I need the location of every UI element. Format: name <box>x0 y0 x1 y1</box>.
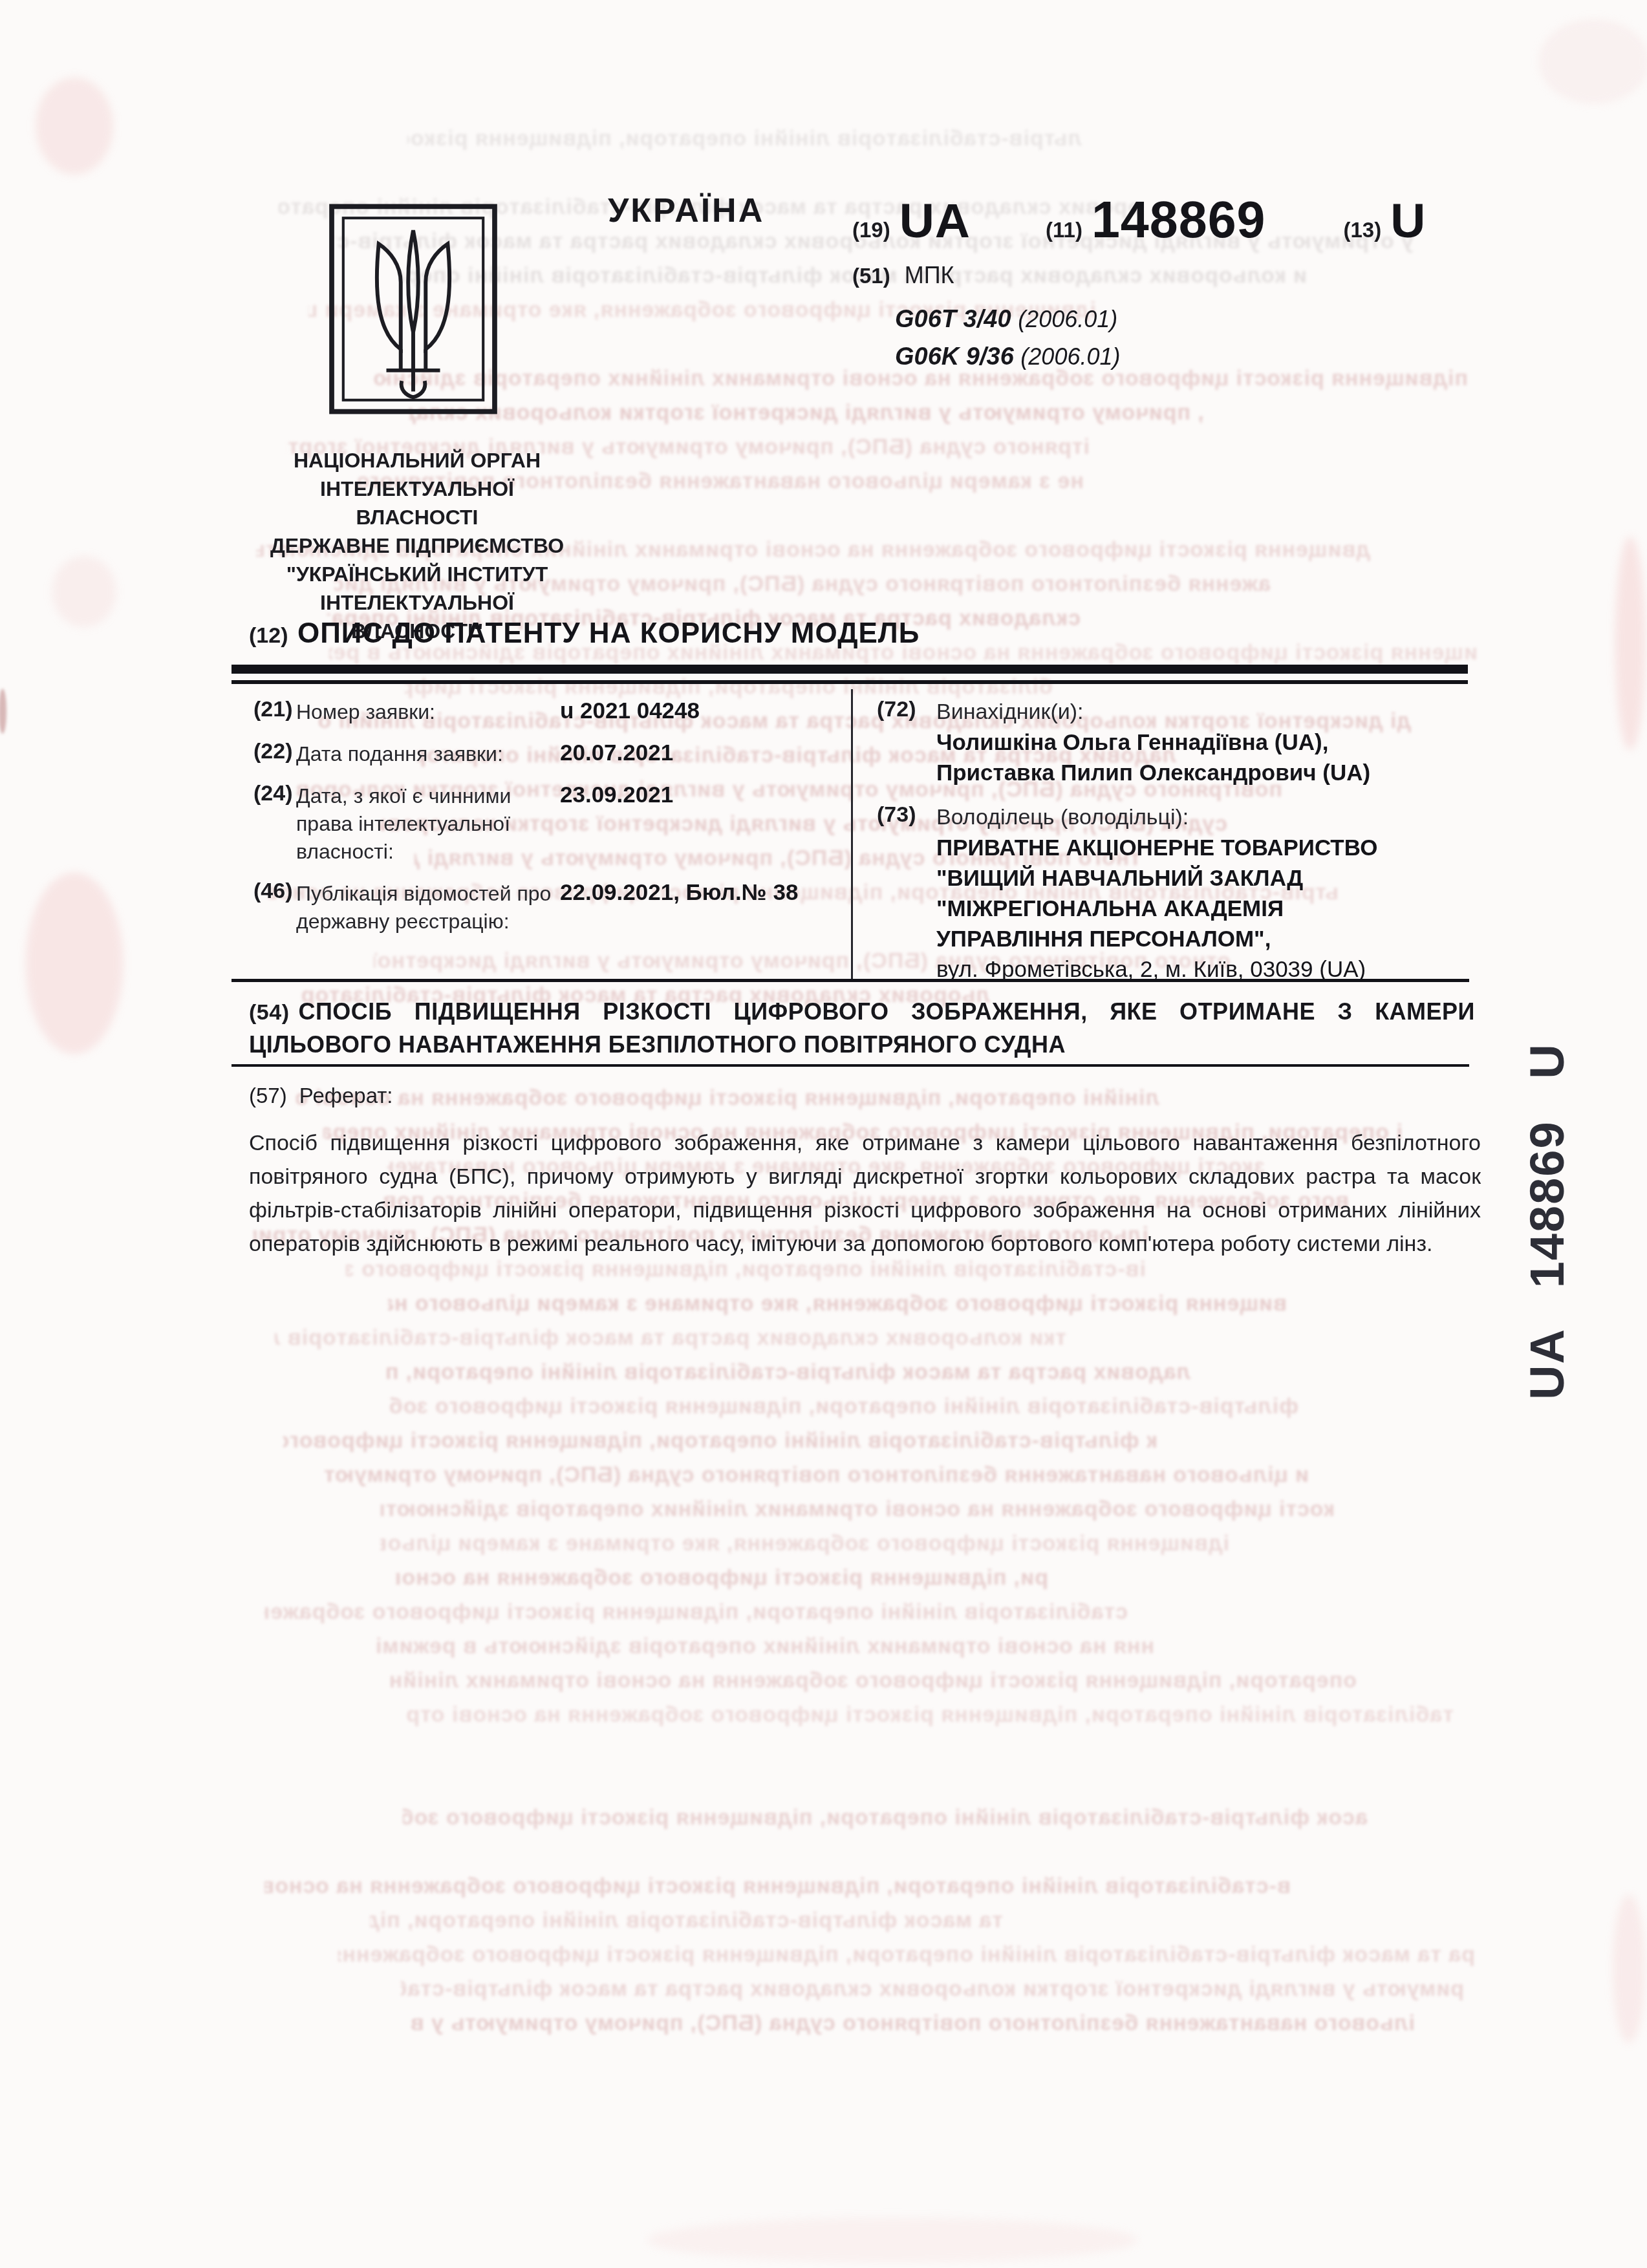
code-13-label: (13) <box>1344 218 1382 242</box>
inventor-name: Приставка Пилип Олександрович (UA) <box>936 758 1370 788</box>
field-number: (24) <box>253 781 296 866</box>
side-document-number: UA 148869 U <box>1520 1057 1575 1400</box>
field-number: (22) <box>253 739 296 768</box>
ipc-code-row: G06K 9/36 (2006.01) <box>895 338 1473 376</box>
code-12-label: (12) <box>249 623 288 648</box>
field-value: 20.07.2021 <box>556 739 673 768</box>
ipc-version: (2006.01) <box>1020 343 1120 370</box>
biblio-row-21: (21) Номер заявки: u 2021 04248 <box>253 697 835 726</box>
field-label: Номер заявки: <box>296 697 556 726</box>
trident-icon <box>327 202 500 416</box>
authority-line: ІНТЕЛЕКТУАЛЬНОЇ <box>213 475 621 503</box>
biblio-row-22: (22) Дата подання заявки: 20.07.2021 <box>253 739 835 768</box>
owner-group: (73) Володілець (володільці): ПРИВАТНЕ А… <box>877 802 1472 985</box>
document-type-title: ОПИС ДО ПАТЕНТУ НА КОРИСНУ МОДЕЛЬ <box>297 617 920 649</box>
field-label: Публікація відомостей про державну реєст… <box>296 879 556 936</box>
divider-rule-thin <box>231 680 1468 684</box>
biblio-row-46: (46) Публікація відомостей про державну … <box>253 879 835 936</box>
invention-title: (54)СПОСІБ ПІДВИЩЕННЯ РІЗКОСТІ ЦИФРОВОГО… <box>249 996 1475 1061</box>
abstract-text: Спосіб підвищення різкості цифрового зоб… <box>249 1126 1481 1261</box>
field-value: 22.09.2021, Бюл.№ 38 <box>556 879 798 936</box>
owner-name-line: "МІЖРЕГІОНАЛЬНА АКАДЕМІЯ <box>936 893 1377 924</box>
ipc-code-row: G06T 3/40 (2006.01) <box>895 301 1473 338</box>
publication-number: 148869 <box>1092 194 1266 245</box>
owner-label: Володілець (володільці): <box>936 802 1377 833</box>
patent-document-page: { "page": { "country_name": "УКРАЇНА", "… <box>0 0 1647 2268</box>
field-number: (21) <box>253 697 296 726</box>
bibliographic-section: (21) Номер заявки: u 2021 04248 (22) Дат… <box>253 697 1473 999</box>
inventor-name: Чолишкіна Ольга Геннадіївна (UA), <box>936 727 1370 758</box>
abstract-label: Реферат: <box>299 1084 393 1107</box>
ipc-title: МПК <box>905 262 954 288</box>
divider-rule-thick <box>231 665 1468 674</box>
code-54-label: (54) <box>249 1000 289 1025</box>
ipc-code: G06K 9/36 <box>895 343 1014 370</box>
code-51-label: (51) <box>852 264 890 288</box>
ipc-version: (2006.01) <box>1018 306 1117 332</box>
authority-line: ІНТЕЛЕКТУАЛЬНОЇ <box>213 588 621 617</box>
divider-rule-mid <box>231 979 1469 982</box>
divider-rule-under-title <box>231 1064 1469 1067</box>
country-code: UA <box>899 197 971 245</box>
ipc-codes-list: G06T 3/40 (2006.01) G06K 9/36 (2006.01) <box>895 301 1473 376</box>
inventors-label: Винахідник(и): <box>936 697 1370 727</box>
authority-line: ДЕРЖАВНЕ ПІДПРИЄМСТВО <box>213 531 621 560</box>
kind-code: U <box>1390 197 1426 245</box>
owner-name-line: ПРИВАТНЕ АКЦІОНЕРНЕ ТОВАРИСТВО <box>936 833 1377 863</box>
invention-title-text: СПОСІБ ПІДВИЩЕННЯ РІЗКОСТІ ЦИФРОВОГО ЗОБ… <box>249 998 1475 1058</box>
ipc-header: (51) МПК <box>852 262 1473 289</box>
field-number: (72) <box>877 697 936 788</box>
ukraine-trident-emblem <box>327 202 500 416</box>
field-number: (46) <box>253 879 296 936</box>
code-11-label: (11) <box>1046 218 1082 242</box>
authority-line: ВЛАСНОСТІ <box>213 503 621 531</box>
country-name: УКРАЇНА <box>608 191 764 230</box>
biblio-left-column: (21) Номер заявки: u 2021 04248 (22) Дат… <box>253 697 835 999</box>
field-label: Дата, з якої є чинними права інтелектуал… <box>296 781 556 866</box>
owner-name-line: "ВИЩИЙ НАВЧАЛЬНИЙ ЗАКЛАД <box>936 863 1377 893</box>
authority-line: НАЦІОНАЛЬНИЙ ОРГАН <box>213 446 621 475</box>
code-57-label: (57) <box>249 1084 287 1107</box>
biblio-row-24: (24) Дата, з якої є чинними права інтеле… <box>253 781 835 866</box>
field-value: 23.09.2021 <box>556 781 673 866</box>
document-codes: (19) UA (11) 148869 (13) U (51) МПК G06T… <box>852 194 1473 376</box>
owner-name-line: УПРАВЛІННЯ ПЕРСОНАЛОМ", <box>936 924 1377 954</box>
field-label: Дата подання заявки: <box>296 739 556 768</box>
scanned-patent-page: льтрів-стабілізаторів лінійні оператори,… <box>0 0 1647 2268</box>
inventors-group: (72) Винахідник(и): Чолишкіна Ольга Генн… <box>877 697 1472 788</box>
authority-line: "УКРАЇНСЬКИЙ ІНСТИТУТ <box>213 560 621 588</box>
document-type-header: (12) ОПИС ДО ПАТЕНТУ НА КОРИСНУ МОДЕЛЬ <box>249 617 1471 650</box>
field-number: (73) <box>877 802 936 985</box>
code-19-label: (19) <box>852 218 890 242</box>
ipc-code: G06T 3/40 <box>895 306 1011 333</box>
biblio-right-column: (72) Винахідник(и): Чолишкіна Ольга Генн… <box>877 697 1472 999</box>
publication-number-row: (19) UA (11) 148869 (13) U <box>852 194 1473 245</box>
field-value: u 2021 04248 <box>556 697 700 726</box>
issuing-authority: НАЦІОНАЛЬНИЙ ОРГАН ІНТЕЛЕКТУАЛЬНОЇ ВЛАСН… <box>213 446 621 645</box>
abstract-header: (57) Реферат: <box>249 1084 393 1108</box>
